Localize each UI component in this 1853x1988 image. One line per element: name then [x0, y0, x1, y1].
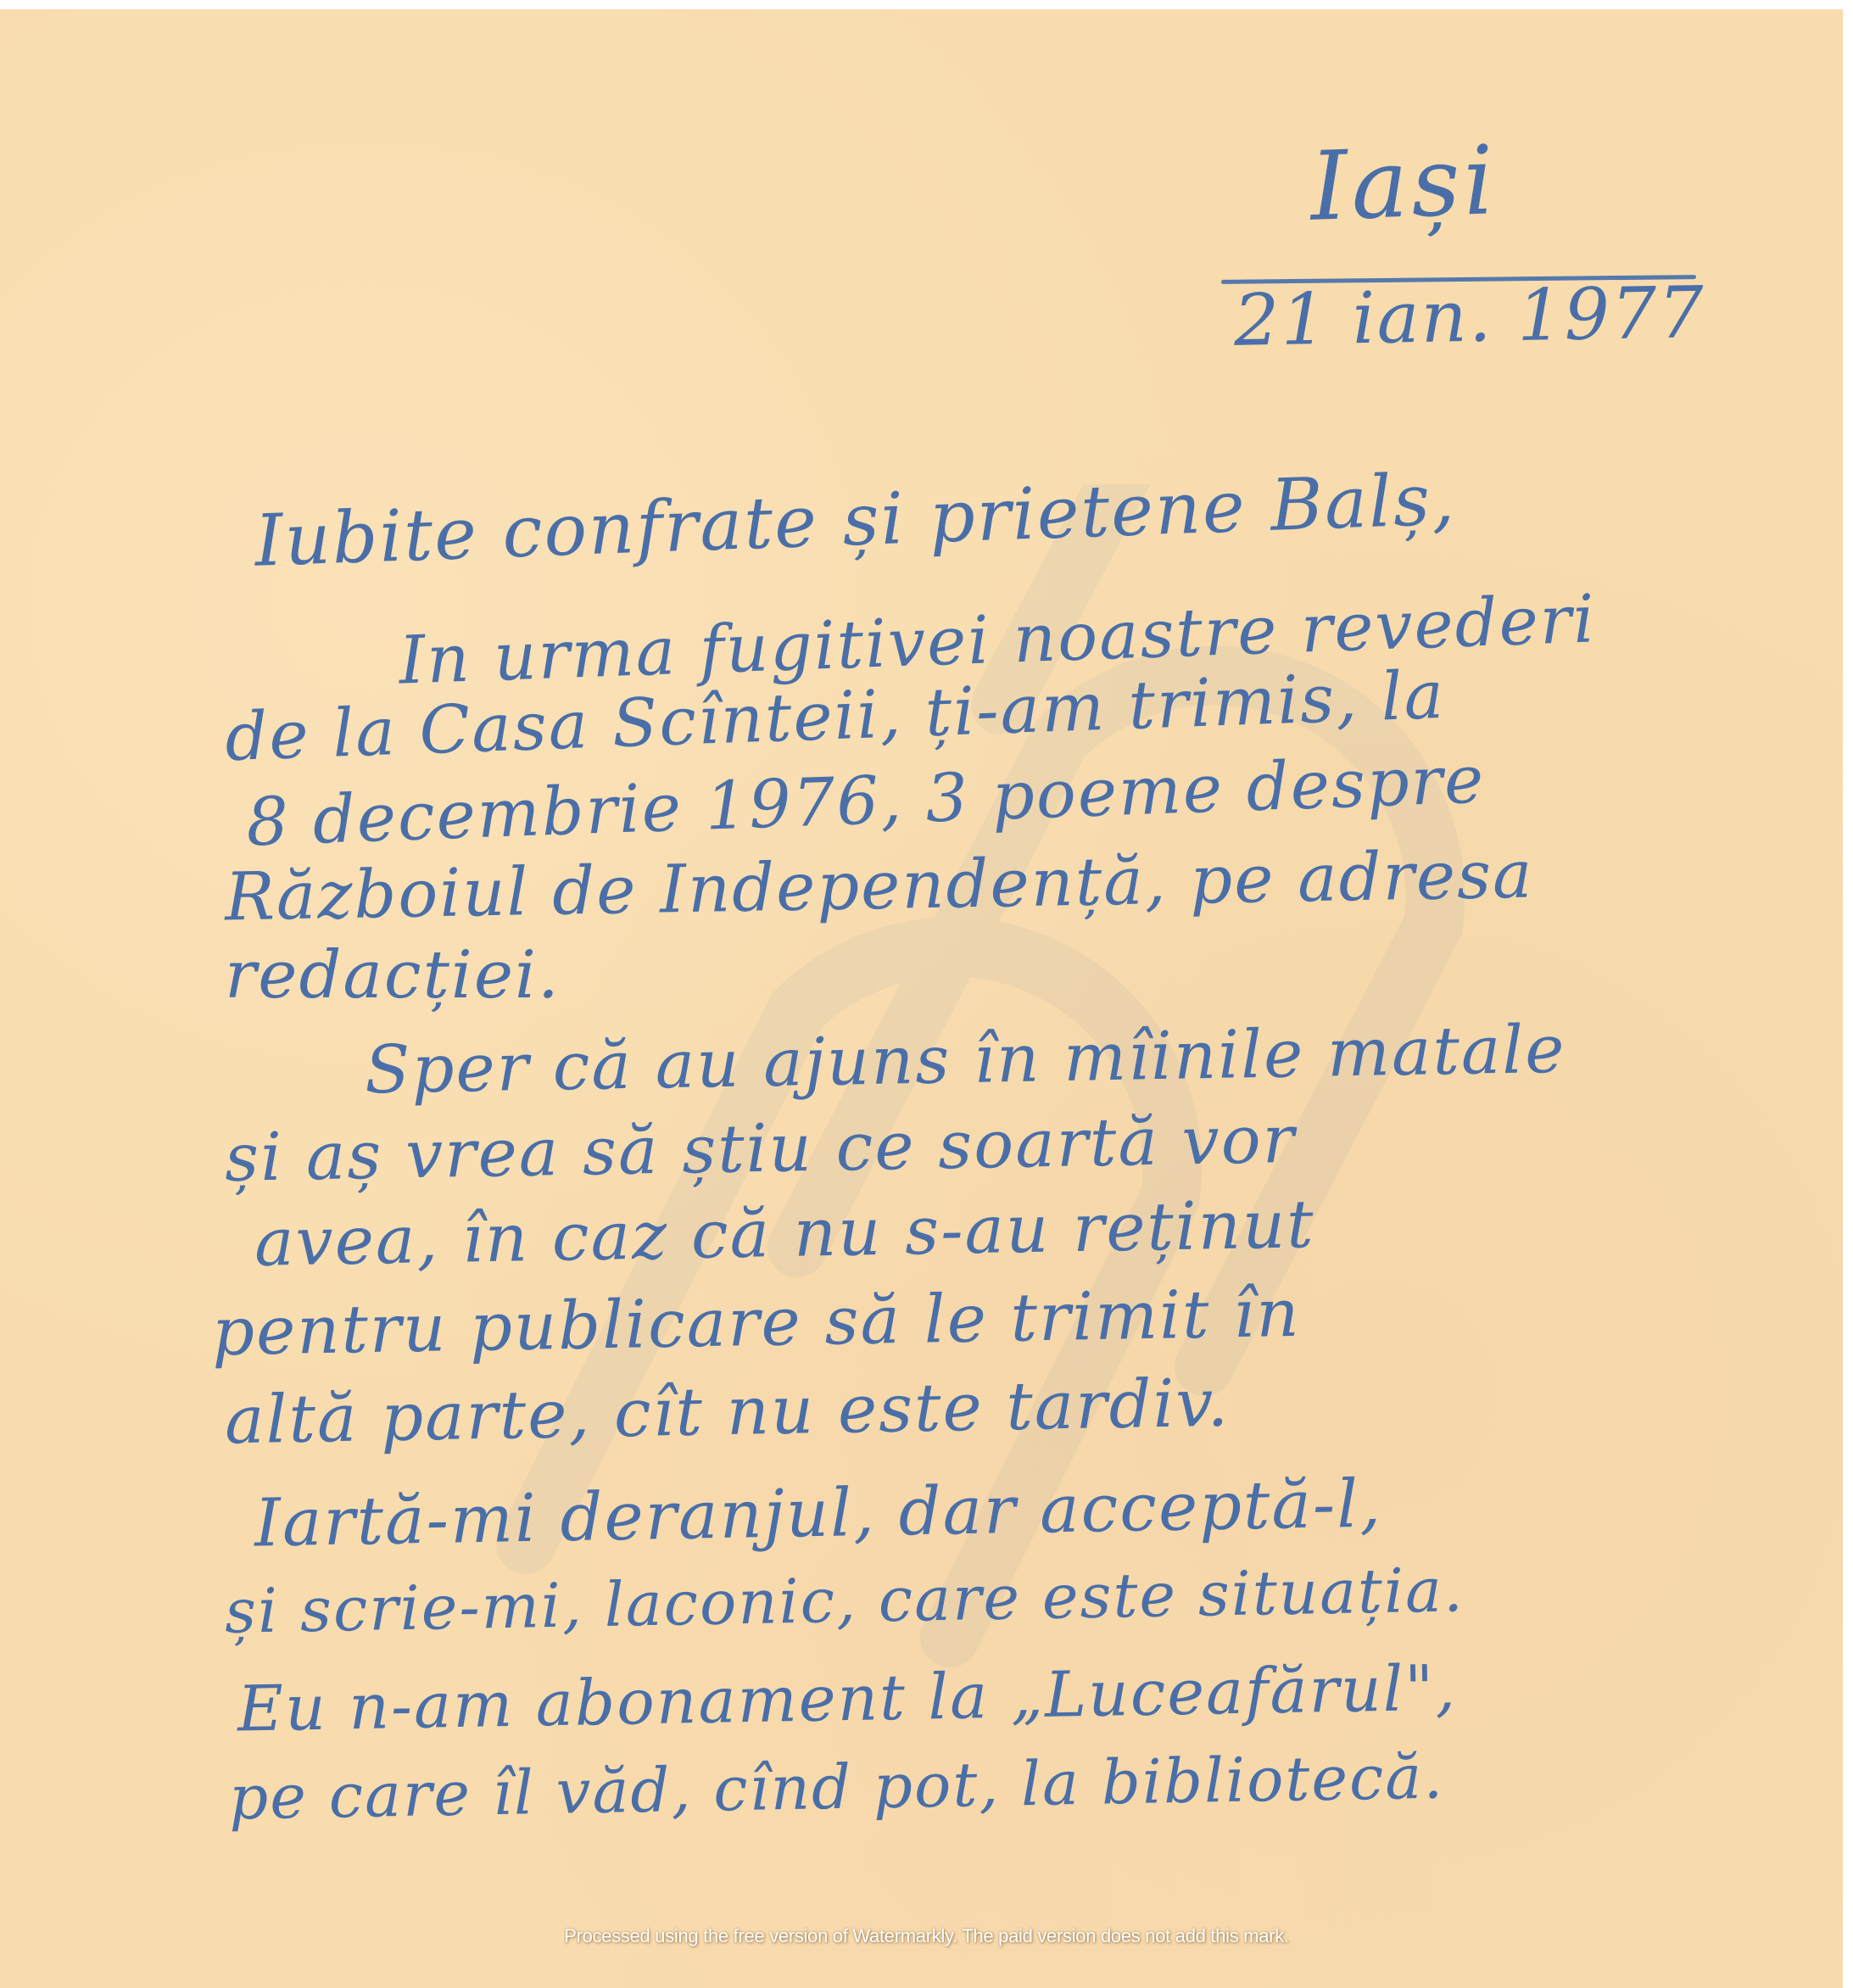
watermark-notice: Processed using the free version of Wate…	[0, 1925, 1853, 1947]
letter-paper: Iași 21 ian. 1977 Iubite confrate și pri…	[0, 9, 1843, 1988]
body-line-11: Iartă-mi deranjul, dar acceptă-l,	[254, 1471, 1382, 1556]
body-line-6: Sper că au ajuns în mîinile matale	[364, 1017, 1566, 1104]
body-line-8: avea, în caz că nu s-au reținut	[254, 1192, 1315, 1276]
letter-place: Iași	[1309, 133, 1499, 235]
letter-salutation: Iubite confrate și prietene Balș,	[254, 463, 1457, 576]
body-line-9: pentru publicare să le trimit în	[211, 1281, 1301, 1365]
body-line-14: pe care îl văd, cînd pot, la bibliotecă.	[228, 1745, 1444, 1828]
body-line-5: redacției.	[225, 942, 561, 1008]
letter-date: 21 ian. 1977	[1233, 276, 1705, 356]
body-line-10: altă parte, cît nu este tardiv.	[224, 1371, 1230, 1455]
body-line-13: Eu n-am abonament la „Luceafărul",	[237, 1656, 1457, 1740]
body-line-12: și scrie-mi, laconic, care este situația…	[224, 1559, 1465, 1642]
body-line-7: și aș vrea să știu ce soartă vor	[224, 1107, 1296, 1192]
